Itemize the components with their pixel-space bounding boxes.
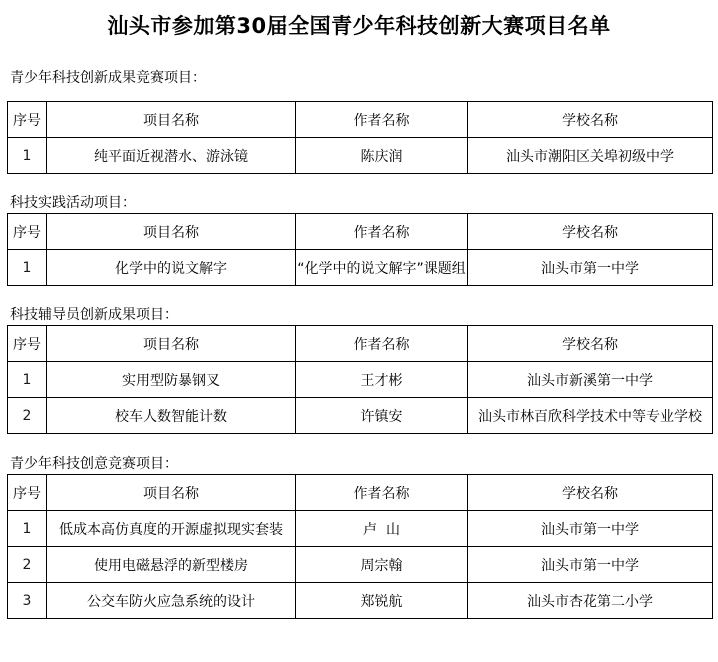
cell-seq: 1 bbox=[8, 138, 47, 174]
header-project: 项目名称 bbox=[47, 214, 296, 250]
header-school: 学校名称 bbox=[468, 214, 713, 250]
table-row: 2 校车人数智能计数 许镇安 汕头市林百欣科学技术中等专业学校 bbox=[8, 398, 713, 434]
section-heading-creativity-competition: 青少年科技创意竞赛项目： bbox=[10, 455, 178, 473]
table-row: 2 使用电磁悬浮的新型楼房 周宗翰 汕头市第一中学 bbox=[8, 547, 713, 583]
header-project: 项目名称 bbox=[47, 102, 296, 138]
cell-project: 校车人数智能计数 bbox=[47, 398, 296, 434]
cell-seq: 1 bbox=[8, 511, 47, 547]
cell-author: 卢 山 bbox=[296, 511, 468, 547]
header-school: 学校名称 bbox=[468, 326, 713, 362]
table-header-row: 序号 项目名称 作者名称 学校名称 bbox=[8, 214, 713, 250]
cell-school: 汕头市第一中学 bbox=[468, 250, 713, 286]
cell-school: 汕头市潮阳区关埠初级中学 bbox=[468, 138, 713, 174]
header-seq: 序号 bbox=[8, 102, 47, 138]
cell-author: 王才彬 bbox=[296, 362, 468, 398]
header-author: 作者名称 bbox=[296, 475, 468, 511]
header-project: 项目名称 bbox=[47, 326, 296, 362]
cell-author: 周宗翰 bbox=[296, 547, 468, 583]
cell-author: 郑锐航 bbox=[296, 583, 468, 619]
cell-project: 低成本高仿真度的开源虚拟现实套装 bbox=[47, 511, 296, 547]
table-counselor-achievements: 序号 项目名称 作者名称 学校名称 1 实用型防暴钢叉 王才彬 汕头市新溪第一中… bbox=[7, 325, 713, 434]
header-school: 学校名称 bbox=[468, 475, 713, 511]
header-school: 学校名称 bbox=[468, 102, 713, 138]
cell-school: 汕头市第一中学 bbox=[468, 547, 713, 583]
table-header-row: 序号 项目名称 作者名称 学校名称 bbox=[8, 326, 713, 362]
header-seq: 序号 bbox=[8, 326, 47, 362]
cell-seq: 2 bbox=[8, 547, 47, 583]
section-heading-practice-activities: 科技实践活动项目： bbox=[10, 194, 136, 212]
cell-project: 公交车防火应急系统的设计 bbox=[47, 583, 296, 619]
cell-author: “化学中的说文解字”课题组 bbox=[296, 250, 468, 286]
header-author: 作者名称 bbox=[296, 326, 468, 362]
cell-project: 实用型防暴钢叉 bbox=[47, 362, 296, 398]
header-author: 作者名称 bbox=[296, 214, 468, 250]
cell-seq: 2 bbox=[8, 398, 47, 434]
cell-author: 陈庆润 bbox=[296, 138, 468, 174]
document-title: 汕头市参加第30届全国青少年科技创新大赛项目名单 bbox=[0, 12, 718, 40]
table-row: 3 公交车防火应急系统的设计 郑锐航 汕头市杏花第二小学 bbox=[8, 583, 713, 619]
cell-school: 汕头市新溪第一中学 bbox=[468, 362, 713, 398]
header-seq: 序号 bbox=[8, 475, 47, 511]
table-practice-activities: 序号 项目名称 作者名称 学校名称 1 化学中的说文解字 “化学中的说文解字”课… bbox=[7, 213, 713, 286]
cell-school: 汕头市杏花第二小学 bbox=[468, 583, 713, 619]
cell-school: 汕头市第一中学 bbox=[468, 511, 713, 547]
table-creativity-competition: 序号 项目名称 作者名称 学校名称 1 低成本高仿真度的开源虚拟现实套装 卢 山… bbox=[7, 474, 713, 619]
section-heading-innovation-achievements: 青少年科技创新成果竞赛项目： bbox=[10, 69, 206, 87]
header-seq: 序号 bbox=[8, 214, 47, 250]
cell-seq: 1 bbox=[8, 250, 47, 286]
header-author: 作者名称 bbox=[296, 102, 468, 138]
cell-author: 许镇安 bbox=[296, 398, 468, 434]
section-heading-counselor-achievements: 科技辅导员创新成果项目： bbox=[10, 306, 178, 324]
table-row: 1 低成本高仿真度的开源虚拟现实套装 卢 山 汕头市第一中学 bbox=[8, 511, 713, 547]
cell-project: 纯平面近视潜水、游泳镜 bbox=[47, 138, 296, 174]
table-row: 1 纯平面近视潜水、游泳镜 陈庆润 汕头市潮阳区关埠初级中学 bbox=[8, 138, 713, 174]
cell-project: 化学中的说文解字 bbox=[47, 250, 296, 286]
table-innovation-achievements: 序号 项目名称 作者名称 学校名称 1 纯平面近视潜水、游泳镜 陈庆润 汕头市潮… bbox=[7, 101, 713, 174]
table-header-row: 序号 项目名称 作者名称 学校名称 bbox=[8, 475, 713, 511]
header-project: 项目名称 bbox=[47, 475, 296, 511]
table-row: 1 实用型防暴钢叉 王才彬 汕头市新溪第一中学 bbox=[8, 362, 713, 398]
table-row: 1 化学中的说文解字 “化学中的说文解字”课题组 汕头市第一中学 bbox=[8, 250, 713, 286]
cell-school: 汕头市林百欣科学技术中等专业学校 bbox=[468, 398, 713, 434]
cell-seq: 3 bbox=[8, 583, 47, 619]
cell-seq: 1 bbox=[8, 362, 47, 398]
table-header-row: 序号 项目名称 作者名称 学校名称 bbox=[8, 102, 713, 138]
cell-project: 使用电磁悬浮的新型楼房 bbox=[47, 547, 296, 583]
